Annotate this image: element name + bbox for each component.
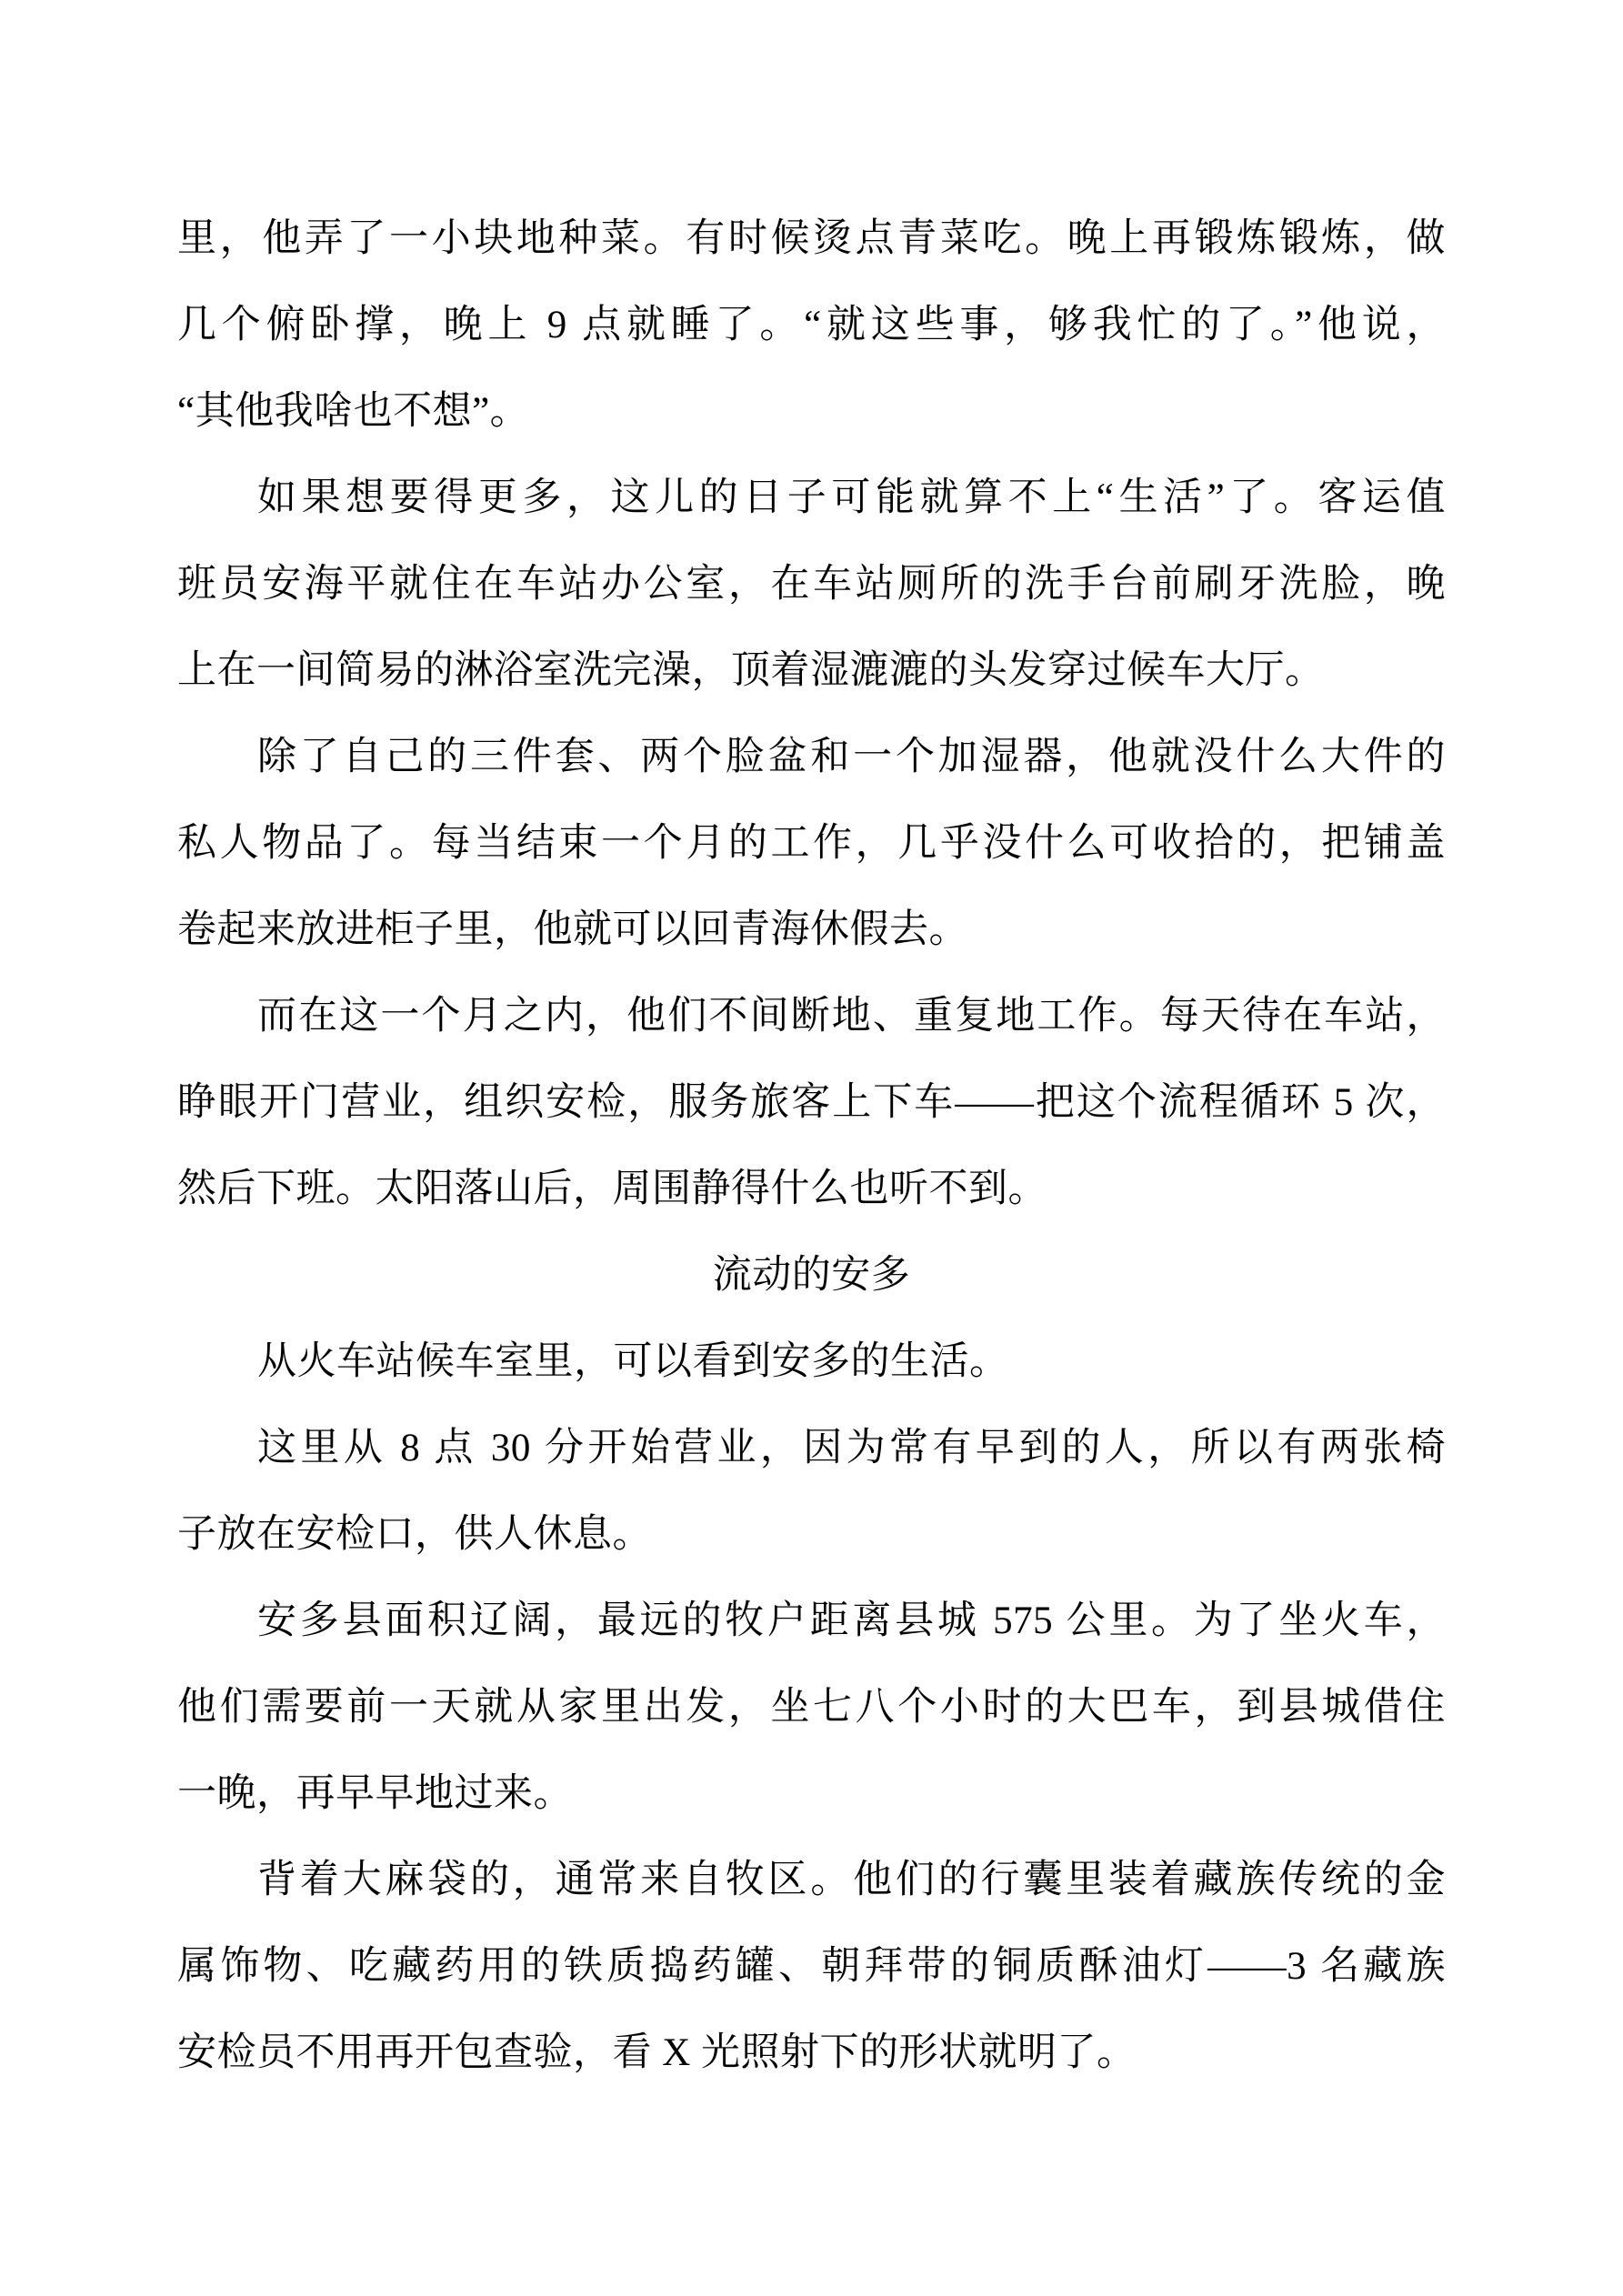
text-line: 卷起来放进柜子里，他就可以回青海休假去。 <box>177 887 1446 973</box>
text-line: 一晚，再早早地过来。 <box>177 1750 1446 1837</box>
text-line: 安多县面积辽阔，最远的牧户距离县城 575 公里。为了坐火车， <box>177 1578 1446 1664</box>
text-line: 安检员不用再开包查验，看 X 光照射下的形状就明了。 <box>177 2010 1446 2096</box>
text-line: 几个俯卧撑，晚上 9 点就睡了。“就这些事，够我忙的了。”他说， <box>177 282 1446 368</box>
text-line: 然后下班。太阳落山后，周围静得什么也听不到。 <box>177 1146 1446 1232</box>
text-line: 睁眼开门营业，组织安检，服务旅客上下车——把这个流程循环 5 次， <box>177 1059 1446 1146</box>
text-line: 除了自己的三件套、两个脸盆和一个加湿器，他就没什么大件的 <box>177 714 1446 800</box>
text-line: 他们需要前一天就从家里出发，坐七八个小时的大巴车，到县城借住 <box>177 1664 1446 1750</box>
document-page: 里，他弄了一小块地种菜。有时候烫点青菜吃。晚上再锻炼锻炼，做 几个俯卧撑，晚上 … <box>0 0 1623 2296</box>
text-line: 这里从 8 点 30 分开始营业，因为常有早到的人，所以有两张椅 <box>177 1405 1446 1491</box>
text-line: 背着大麻袋的，通常来自牧区。他们的行囊里装着藏族传统的金 <box>177 1837 1446 1923</box>
section-heading: 流动的安多 <box>177 1232 1446 1318</box>
text-block: 里，他弄了一小块地种菜。有时候烫点青菜吃。晚上再锻炼锻炼，做 几个俯卧撑，晚上 … <box>177 196 1446 2096</box>
text-line: 如果想要得更多，这儿的日子可能就算不上“生活”了。客运值 <box>177 455 1446 541</box>
text-line: 子放在安检口，供人休息。 <box>177 1491 1446 1578</box>
text-line: 班员安海平就住在车站办公室，在车站厕所的洗手台前刷牙洗脸，晚 <box>177 541 1446 627</box>
text-line: “其他我啥也不想”。 <box>177 368 1446 455</box>
text-line: 私人物品了。每当结束一个月的工作，几乎没什么可收拾的，把铺盖 <box>177 800 1446 887</box>
text-line: 从火车站候车室里，可以看到安多的生活。 <box>177 1318 1446 1405</box>
text-line: 里，他弄了一小块地种菜。有时候烫点青菜吃。晚上再锻炼锻炼，做 <box>177 196 1446 282</box>
text-line: 属饰物、吃藏药用的铁质捣药罐、朝拜带的铜质酥油灯——3 名藏族 <box>177 1923 1446 2010</box>
text-line: 上在一间简易的淋浴室洗完澡，顶着湿漉漉的头发穿过候车大厅。 <box>177 627 1446 714</box>
text-line: 而在这一个月之内，他们不间断地、重复地工作。每天待在车站， <box>177 973 1446 1059</box>
